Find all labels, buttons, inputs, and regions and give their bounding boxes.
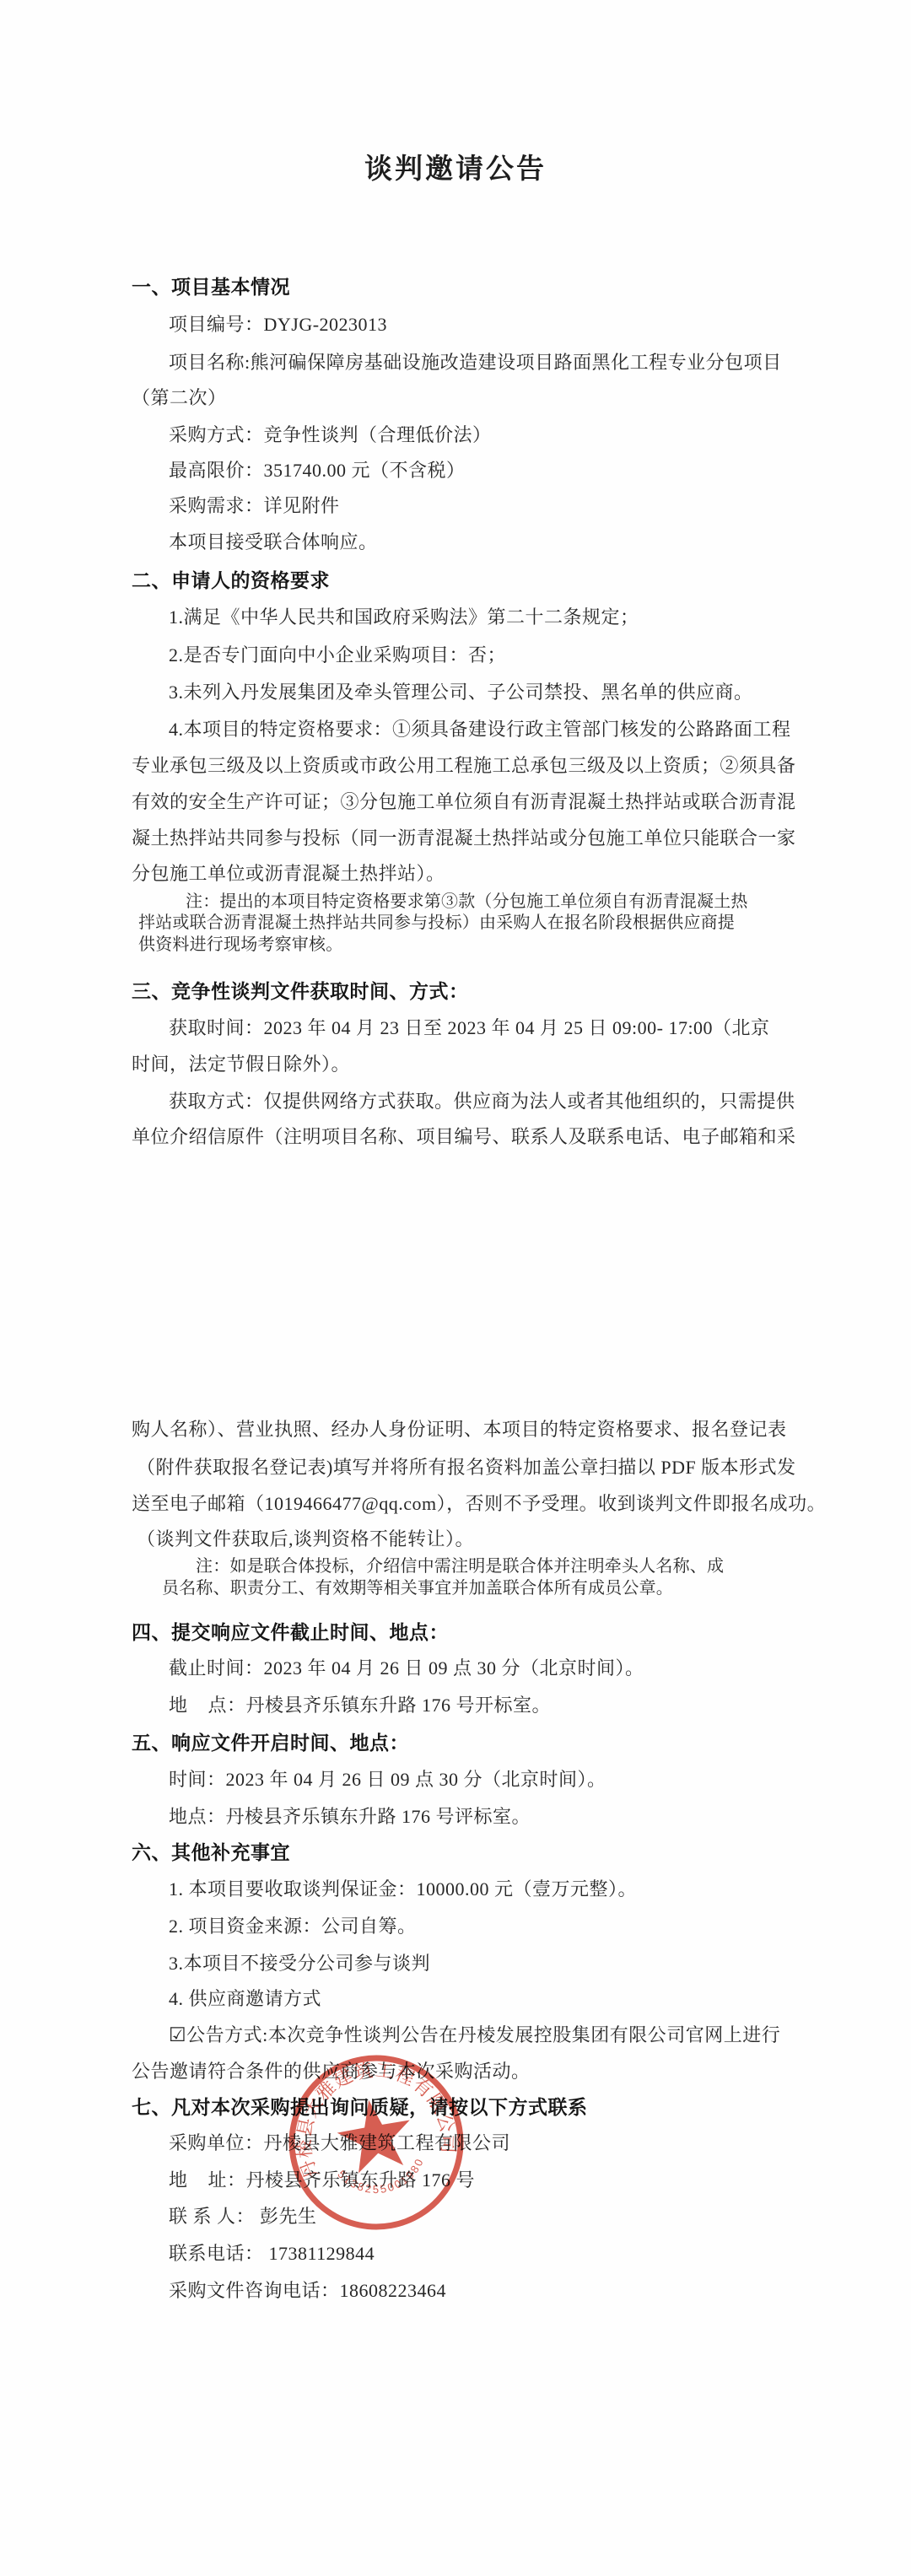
doc-line: 时间：2023 年 04 月 26 日 09 点 30 分（北京时间）。 <box>169 1766 606 1793</box>
doc-line: 本项目接受联合体响应。 <box>169 529 378 556</box>
doc-line: （第二次） <box>132 385 227 412</box>
doc-line: 地点：丹棱县齐乐镇东升路 176 号评标室。 <box>169 1803 531 1830</box>
doc-line: 购人名称）、营业执照、经办人身份证明、本项目的特定资格要求、报名登记表 <box>132 1416 787 1443</box>
doc-line: ☑公告方式:本次竞争性谈判公告在丹棱发展控股集团有限公司官网上进行 <box>169 2022 780 2049</box>
doc-note-line: 注：如是联合体投标，介绍信中需注明是联合体并注明牵头人名称、成 <box>196 1555 724 1578</box>
doc-note-line: 员名称、职责分工、有效期等相关事宜并加盖联合体所有成员公章。 <box>162 1577 673 1600</box>
doc-line: 截止时间：2023 年 04 月 26 日 09 点 30 分（北京时间）。 <box>169 1655 644 1682</box>
doc-line: 采购文件咨询电话：18608223464 <box>169 2277 446 2304</box>
section-2-heading: 二、申请人的资格要求 <box>132 567 330 594</box>
section-6-heading: 六、其他补充事宜 <box>132 1839 290 1866</box>
doc-line: （谈判文件获取后,谈判资格不能转让）。 <box>137 1526 474 1553</box>
doc-line: 获取方式：仅提供网络方式获取。供应商为法人或者其他组织的，只需提供 <box>169 1088 795 1115</box>
doc-line: 单位介绍信原件（注明项目名称、项目编号、联系人及联系电话、电子邮箱和采 <box>132 1124 796 1151</box>
doc-line: 2.是否专门面向中小企业采购项目：否； <box>169 642 506 669</box>
doc-line: 1.满足《中华人民共和国政府采购法》第二十二条规定； <box>169 604 639 631</box>
doc-line: 联系电话： 17381129844 <box>169 2240 375 2267</box>
section-1-heading: 一、项目基本情况 <box>132 273 290 300</box>
doc-line: 4. 供应商邀请方式 <box>169 1986 321 2013</box>
doc-line: 4.本项目的特定资格要求：①须具备建设行政主管部门核发的公路路面工程 <box>169 716 791 743</box>
doc-line: 1. 本项目要收取谈判保证金：10000.00 元（壹万元整）。 <box>169 1876 637 1903</box>
section-3-heading: 三、竞争性谈判文件获取时间、方式： <box>132 978 469 1005</box>
doc-line: 采购单位：丹棱县大雅建筑工程有限公司 <box>169 2130 510 2157</box>
section-5-heading: 五、响应文件开启时间、地点： <box>132 1729 409 1756</box>
doc-line: 时间，法定节假日除外）。 <box>132 1051 350 1078</box>
doc-line: 联 系 人： 彭先生 <box>169 2203 317 2230</box>
doc-note-line: 注：提出的本项目特定资格要求第③款（分包施工单位须自有沥青混凝土热 <box>186 891 748 913</box>
document-body: 一、项目基本情况 项目编号：DYJG-2023013 项目名称:熊河碥保障房基础… <box>132 0 783 2576</box>
scanned-document-page: 谈判邀请公告 一、项目基本情况 项目编号：DYJG-2023013 项目名称:熊… <box>0 0 911 2576</box>
checkbox-checked-icon: ☑ <box>169 2024 186 2045</box>
doc-line: 分包施工单位或沥青混凝土热拌站）。 <box>132 860 445 887</box>
doc-line: 3.本项目不接受分公司参与谈判 <box>169 1950 430 1977</box>
doc-line-text: 公告方式:本次竞争性谈判公告在丹棱发展控股集团有限公司官网上进行 <box>186 2024 780 2045</box>
doc-line: 采购方式：竞争性谈判（合理低价法） <box>169 422 492 449</box>
doc-line: 凝土热拌站共同参与投标（同一沥青混凝土热拌站或分包施工单位只能联合一家 <box>132 825 796 852</box>
doc-note-line: 供资料进行现场考察审核。 <box>138 934 342 957</box>
section-4-heading: 四、提交响应文件截止时间、地点： <box>132 1619 449 1646</box>
doc-line: 项目名称:熊河碥保障房基础设施改造建设项目路面黑化工程专业分包项目 <box>169 349 782 376</box>
doc-line: 专业承包三级及以上资质或市政公用工程施工总承包三级及以上资质；②须具备 <box>132 752 796 779</box>
doc-line: 3.未列入丹发展集团及牵头管理公司、子公司禁投、黑名单的供应商。 <box>169 679 753 706</box>
doc-line: 2. 项目资金来源：公司自筹。 <box>169 1913 417 1940</box>
doc-line: 项目编号：DYJG-2023013 <box>169 311 387 338</box>
doc-line: 获取时间：2023 年 04 月 23 日至 2023 年 04 月 25 日 … <box>169 1015 770 1042</box>
section-7-heading: 七、凡对本次采购提出询问质疑，请按以下方式联系 <box>132 2094 588 2121</box>
doc-line: 有效的安全生产许可证；③分包施工单位须自有沥青混凝土热拌站或联合沥青混 <box>132 789 796 816</box>
doc-line: 公告邀请符合条件的供应商参与本次采购活动。 <box>132 2058 531 2085</box>
doc-line: 最高限价：351740.00 元（不含税） <box>169 457 466 484</box>
doc-note-line: 拌站或联合沥青混凝土热拌站共同参与投标）由采购人在报名阶段根据供应商提 <box>138 912 735 935</box>
doc-line: 采购需求：详见附件 <box>169 493 340 520</box>
doc-line: 地 址：丹棱县齐乐镇东升路 176 号 <box>169 2167 475 2194</box>
doc-line: （附件获取报名登记表)填写并将所有报名资料加盖公章扫描以 PDF 版本形式发 <box>137 1454 796 1481</box>
doc-line: 地 点：丹棱县齐乐镇东升路 176 号开标室。 <box>169 1692 551 1719</box>
doc-line: 送至电子邮箱（1019466477@qq.com），否则不予受理。收到谈判文件即… <box>132 1490 826 1517</box>
